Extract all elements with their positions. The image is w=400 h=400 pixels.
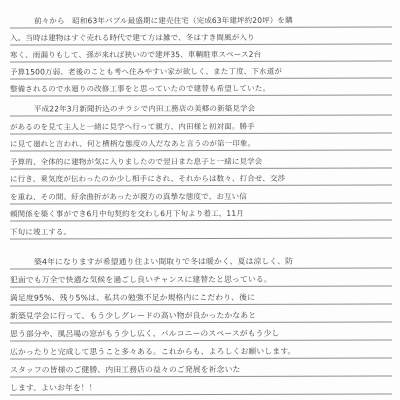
paragraph-3: 築4年になりますが希望通り住よい間取りで冬は暖かく、夏は涼しく、防 犯面でも万全… [10,251,392,395]
text-line: します。よいお年を！！ [10,377,392,396]
text-line: 犯面でも万全で快適な気候を過ごし良いチャンスに建替たと思っている。 [10,269,392,288]
text-line: 満足度95%、残り5%は、私共の勉強不足か規格内にこだわり、後に [10,287,392,306]
text-line: を重ね、その間、紆余曲折があったが親方の真摯な態度で、お互い信 [10,185,392,204]
text-line: 下旬に竣工する。 [10,220,392,239]
text-line: 予算的、全体的に建物が気に入りましたので翌日また息子と一緒に見学会 [10,150,392,169]
text-line: 平成22年3月新聞折込のチラシで内田工務店の美郷の新築見学会 [10,97,392,116]
text-line: 寒く、雨漏りもして、孫が来れば狭いので建坪35、車輌駐車スペース2台 [10,44,392,62]
paragraph-2: 平成22年3月新聞折込のチラシで内田工務店の美郷の新築見学会 があるのを見て主人… [10,98,392,238]
text-line: 予算1500万弱、老後のことも考へ住みやすい家が欲しく、また丁度、下水道が [10,61,392,79]
text-line: 頼関係を築く事ができ6月中旬契約を交わし6月下旬より着工、11月 [10,203,392,222]
paragraph-1: 前々から 昭和63年バブル最盛期に建売住宅（完成63年建坪約20坪）を購 入。当… [10,11,392,96]
text-line: 整備されるので水廻りの改修工事をと思っていたので建替も希望していた。 [10,78,392,96]
text-line: 広かったりと完成して思うこと多々ある。これからも、よろしくお願いします。 [10,341,392,360]
text-line: に見て廻れと言われ、何と横柄な態度の人だなあと言うのが第一印象。 [10,133,392,152]
handwritten-letter: 前々から 昭和63年バブル最盛期に建売住宅（完成63年建坪約20坪）を購 入。当… [0,0,400,400]
text-line: 思う部分や、風呂場の窓がもう少し広く、バルコニーのスペースがもう少し [10,323,392,342]
text-line: 前々から 昭和63年バブル最盛期に建売住宅（完成63年建坪約20坪）を購 [10,10,392,28]
text-line: に行き、乗気度が伝わったのか少し相手にされ、それからは数々、打合せ、交渉 [10,168,392,187]
text-line: があるのを見て主人と一緒に見学へ行って親方、内田様と初対面。勝手 [10,115,392,134]
text-line: 築4年になりますが希望通り住よい間取りで冬は暖かく、夏は涼しく、防 [10,251,392,270]
text-line: 新築見学会に行って、もう少しグレードの高い物が良かったかなあと [10,305,392,324]
text-line: 入。当時は建物はすぐ売れる時代で建て方は雑で、冬はすき間風が入り [10,27,392,45]
text-line: スタッフの皆様のご健勝、内田工務店の益々のご発展を祈念いた [10,359,392,378]
